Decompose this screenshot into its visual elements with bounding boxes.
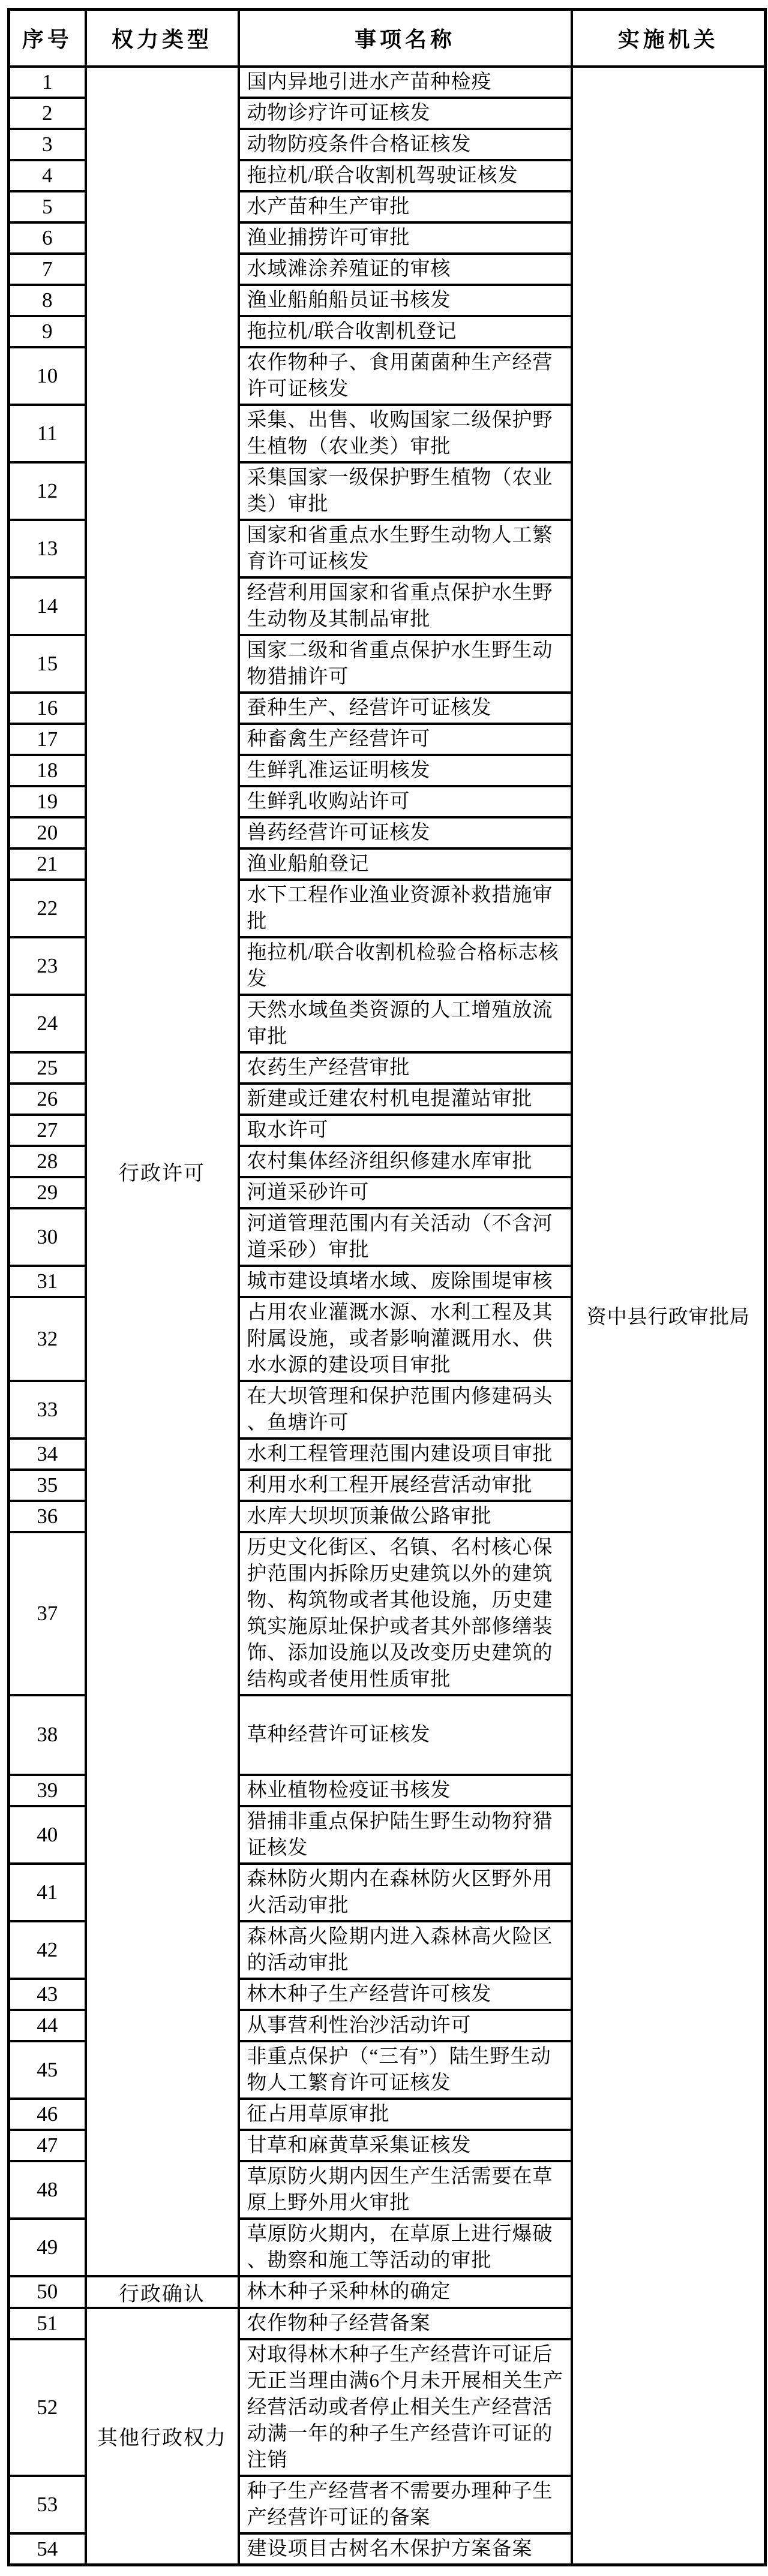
item-name-cell: 动物诊疗许可证核发 (239, 98, 572, 129)
item-name-cell: 水域滩涂养殖证的审核 (239, 254, 572, 285)
row-number-cell: 31 (9, 1266, 86, 1297)
row-number-cell: 2 (9, 98, 86, 129)
row-number-cell: 14 (9, 577, 86, 635)
row-number-cell: 6 (9, 222, 86, 254)
row-number-cell: 10 (9, 347, 86, 405)
item-name-cell: 取水许可 (239, 1115, 572, 1146)
item-name-cell: 国内异地引进水产苗种检疫 (239, 67, 572, 98)
item-name-cell: 草原防火期内，在草原上进行爆破、勘察和施工等活动的审批 (239, 2219, 572, 2276)
row-number-cell: 46 (9, 2099, 86, 2130)
agency-cell: 资中县行政审批局 (572, 67, 766, 2565)
item-name-cell: 水利工程管理范围内建设项目审批 (239, 1439, 572, 1470)
row-number-cell: 3 (9, 129, 86, 160)
item-name-cell: 森林高火险期内进入森林高火险区的活动审批 (239, 1921, 572, 1979)
row-number-cell: 12 (9, 462, 86, 520)
power-type-cell: 行政确认 (86, 2276, 239, 2308)
row-number-cell: 28 (9, 1146, 86, 1177)
row-number-cell: 24 (9, 995, 86, 1052)
row-number-cell: 21 (9, 848, 86, 880)
row-number-cell: 47 (9, 2130, 86, 2161)
row-number-cell: 20 (9, 817, 86, 848)
item-name-cell: 森林防火期内在森林防火区野外用火活动审批 (239, 1864, 572, 1921)
item-name-cell: 利用水利工程开展经营活动审批 (239, 1470, 572, 1501)
power-type-cell: 其他行政权力 (86, 2308, 239, 2565)
item-name-cell: 渔业船舶登记 (239, 848, 572, 880)
item-name-cell: 城市建设填堵水域、废除围堤审核 (239, 1266, 572, 1297)
row-number-cell: 44 (9, 2010, 86, 2041)
item-name-cell: 拖拉机/联合收割机登记 (239, 316, 572, 347)
item-name-cell: 水下工程作业渔业资源补救措施审批 (239, 880, 572, 937)
item-name-cell: 猎捕非重点保护陆生野生动物狩猎证核发 (239, 1806, 572, 1864)
row-number-cell: 5 (9, 191, 86, 222)
row-number-cell: 50 (9, 2276, 86, 2308)
item-name-cell: 种畜禽生产经营许可 (239, 724, 572, 755)
row-number-cell: 33 (9, 1381, 86, 1439)
row-number-cell: 1 (9, 67, 86, 98)
row-number-cell: 25 (9, 1052, 86, 1084)
row-number-cell: 49 (9, 2219, 86, 2276)
row-number-cell: 23 (9, 937, 86, 995)
row-number-cell: 43 (9, 1979, 86, 2010)
item-name-cell: 历史文化街区、名镇、名村核心保护范围内拆除历史建筑以外的建筑物、构筑物或者其他设… (239, 1532, 572, 1695)
item-name-cell: 兽药经营许可证核发 (239, 817, 572, 848)
item-name-cell: 经营利用国家和省重点保护水生野生动物及其制品审批 (239, 577, 572, 635)
item-name-cell: 生鲜乳收购站许可 (239, 786, 572, 817)
row-number-cell: 30 (9, 1208, 86, 1266)
item-name-cell: 水产苗种生产审批 (239, 191, 572, 222)
row-number-cell: 35 (9, 1470, 86, 1501)
item-name-cell: 农村集体经济组织修建水库审批 (239, 1146, 572, 1177)
item-name-cell: 征占用草原审批 (239, 2099, 572, 2130)
item-name-cell: 种子生产经营者不需要办理种子生产经营许可证的备案 (239, 2476, 572, 2533)
row-number-cell: 7 (9, 254, 86, 285)
item-name-cell: 采集、出售、收购国家二级保护野生植物（农业类）审批 (239, 405, 572, 462)
item-name-cell: 采集国家一级保护野生植物（农业类）审批 (239, 462, 572, 520)
row-number-cell: 27 (9, 1115, 86, 1146)
item-name-cell: 水库大坝坝顶兼做公路审批 (239, 1501, 572, 1532)
row-number-cell: 16 (9, 693, 86, 724)
item-name-cell: 甘草和麻黄草采集证核发 (239, 2130, 572, 2161)
item-name-cell: 占用农业灌溉水源、水利工程及其附属设施，或者影响灌溉用水、供水水源的建设项目审批 (239, 1297, 572, 1381)
power-type-cell: 行政许可 (86, 67, 239, 2276)
row-number-cell: 11 (9, 405, 86, 462)
item-name-cell: 草原防火期内因生产生活需要在草原上野外用火审批 (239, 2161, 572, 2219)
row-number-cell: 37 (9, 1532, 86, 1695)
item-name-cell: 动物防疫条件合格证核发 (239, 129, 572, 160)
item-name-cell: 草种经营许可证核发 (239, 1695, 572, 1775)
col-header-power-type: 权力类型 (86, 10, 239, 67)
row-number-cell: 51 (9, 2308, 86, 2339)
item-name-cell: 在大坝管理和保护范围内修建码头、鱼塘许可 (239, 1381, 572, 1439)
item-name-cell: 河道管理范围内有关活动（不含河道采砂）审批 (239, 1208, 572, 1266)
row-number-cell: 52 (9, 2339, 86, 2476)
row-number-cell: 54 (9, 2533, 86, 2565)
row-number-cell: 41 (9, 1864, 86, 1921)
item-name-cell: 拖拉机/联合收割机驾驶证核发 (239, 160, 572, 191)
item-name-cell: 非重点保护（“三有”）陆生野生动物人工繁育许可证核发 (239, 2041, 572, 2099)
item-name-cell: 国家二级和省重点保护水生野生动物猎捕许可 (239, 635, 572, 693)
col-header-implementing-agency: 实施机关 (572, 10, 766, 67)
row-number-cell: 53 (9, 2476, 86, 2533)
row-number-cell: 17 (9, 724, 86, 755)
header-row: 序号 权力类型 事项名称 实施机关 (9, 10, 766, 67)
row-number-cell: 22 (9, 880, 86, 937)
item-name-cell: 对取得林木种子生产经营许可证后无正当理由满6个月未开展相关生产经营活动或者停止相… (239, 2339, 572, 2476)
item-name-cell: 农作物种子经营备案 (239, 2308, 572, 2339)
row-number-cell: 42 (9, 1921, 86, 1979)
item-name-cell: 渔业船舶船员证书核发 (239, 285, 572, 316)
row-number-cell: 4 (9, 160, 86, 191)
row-number-cell: 34 (9, 1439, 86, 1470)
table-row: 1行政许可国内异地引进水产苗种检疫资中县行政审批局 (9, 67, 766, 98)
row-number-cell: 8 (9, 285, 86, 316)
row-number-cell: 9 (9, 316, 86, 347)
item-name-cell: 蚕种生产、经营许可证核发 (239, 693, 572, 724)
permission-items-table: 序号 权力类型 事项名称 实施机关 1行政许可国内异地引进水产苗种检疫资中县行政… (7, 8, 767, 2566)
row-number-cell: 40 (9, 1806, 86, 1864)
row-number-cell: 38 (9, 1695, 86, 1775)
item-name-cell: 从事营利性治沙活动许可 (239, 2010, 572, 2041)
row-number-cell: 32 (9, 1297, 86, 1381)
table-body: 1行政许可国内异地引进水产苗种检疫资中县行政审批局2动物诊疗许可证核发3动物防疫… (9, 67, 766, 2565)
col-header-serial-number: 序号 (9, 10, 86, 67)
item-name-cell: 林木种子采种林的确定 (239, 2276, 572, 2308)
item-name-cell: 新建或迁建农村机电提灌站审批 (239, 1084, 572, 1115)
item-name-cell: 林业植物检疫证书核发 (239, 1775, 572, 1806)
col-header-item-name: 事项名称 (239, 10, 572, 67)
row-number-cell: 45 (9, 2041, 86, 2099)
row-number-cell: 29 (9, 1177, 86, 1208)
item-name-cell: 建设项目古树名木保护方案备案 (239, 2533, 572, 2565)
row-number-cell: 48 (9, 2161, 86, 2219)
row-number-cell: 15 (9, 635, 86, 693)
item-name-cell: 国家和省重点水生野生动物人工繁育许可证核发 (239, 520, 572, 577)
item-name-cell: 农药生产经营审批 (239, 1052, 572, 1084)
row-number-cell: 26 (9, 1084, 86, 1115)
item-name-cell: 渔业捕捞许可审批 (239, 222, 572, 254)
row-number-cell: 36 (9, 1501, 86, 1532)
item-name-cell: 农作物种子、食用菌菌种生产经营许可证核发 (239, 347, 572, 405)
item-name-cell: 河道采砂许可 (239, 1177, 572, 1208)
item-name-cell: 天然水域鱼类资源的人工增殖放流审批 (239, 995, 572, 1052)
item-name-cell: 林木种子生产经营许可核发 (239, 1979, 572, 2010)
row-number-cell: 13 (9, 520, 86, 577)
row-number-cell: 39 (9, 1775, 86, 1806)
row-number-cell: 19 (9, 786, 86, 817)
row-number-cell: 18 (9, 755, 86, 786)
item-name-cell: 拖拉机/联合收割机检验合格标志核发 (239, 937, 572, 995)
item-name-cell: 生鲜乳准运证明核发 (239, 755, 572, 786)
